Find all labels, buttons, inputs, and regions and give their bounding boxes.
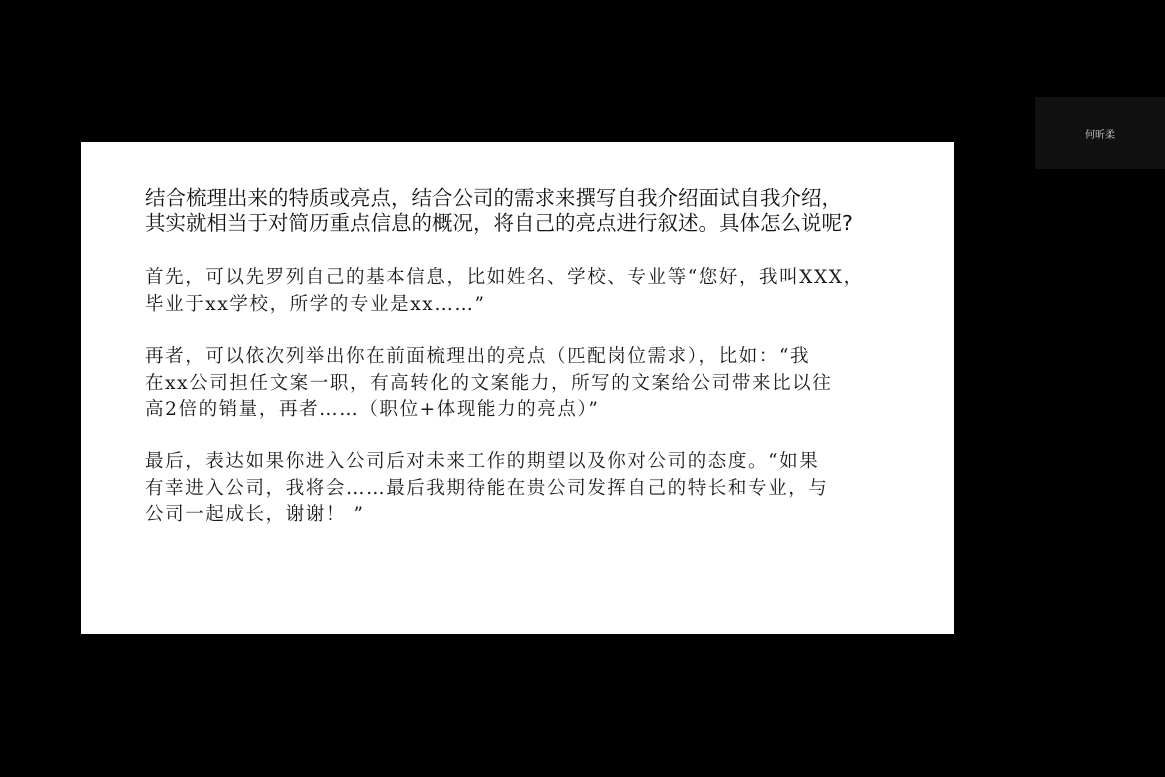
shared-screen-slide: 结合梳理出来的特质或亮点，结合公司的需求来撰写自我介绍面试自我介绍， 其实就相当… xyxy=(81,142,954,634)
paragraph-line: 首先，可以先罗列自己的基本信息，比如姓名、学校、专业等“您好，我叫XXX， xyxy=(145,265,935,292)
slide-heading-line: 其实就相当于对简历重点信息的概况，将自己的亮点进行叙述。具体怎么说呢? xyxy=(145,211,935,236)
paragraph-line: 毕业于xx学校，所学的专业是xx……” xyxy=(145,292,935,319)
participant-video-tile[interactable]: 何昕柔 xyxy=(1035,97,1165,169)
paragraph-line: 在xx公司担任文案一职，有高转化的文案能力，所写的文案给公司带来比以往 xyxy=(145,371,935,398)
slide-heading-line: 结合梳理出来的特质或亮点，结合公司的需求来撰写自我介绍面试自我介绍， xyxy=(145,186,935,211)
paragraph-closing: 最后，表达如果你进入公司后对未来工作的期望以及你对公司的态度。“如果 有幸进入公… xyxy=(145,449,935,529)
participant-name: 何昕柔 xyxy=(1085,126,1115,141)
slide-heading: 结合梳理出来的特质或亮点，结合公司的需求来撰写自我介绍面试自我介绍， 其实就相当… xyxy=(145,186,935,236)
paragraph-line: 高2倍的销量，再者……（职位+体现能力的亮点）” xyxy=(145,397,935,424)
paragraph-highlights: 再者，可以依次列举出你在前面梳理出的亮点（匹配岗位需求），比如：“我 在xx公司… xyxy=(145,344,935,424)
paragraph-line: 有幸进入公司，我将会……最后我期待能在贵公司发挥自己的特长和专业，与 xyxy=(145,476,935,503)
paragraph-basic-info: 首先，可以先罗列自己的基本信息，比如姓名、学校、专业等“您好，我叫XXX， 毕业… xyxy=(145,265,935,318)
paragraph-line: 最后，表达如果你进入公司后对未来工作的期望以及你对公司的态度。“如果 xyxy=(145,449,935,476)
paragraph-line: 公司一起成长，谢谢！ ” xyxy=(145,502,935,529)
paragraph-line: 再者，可以依次列举出你在前面梳理出的亮点（匹配岗位需求），比如：“我 xyxy=(145,344,935,371)
